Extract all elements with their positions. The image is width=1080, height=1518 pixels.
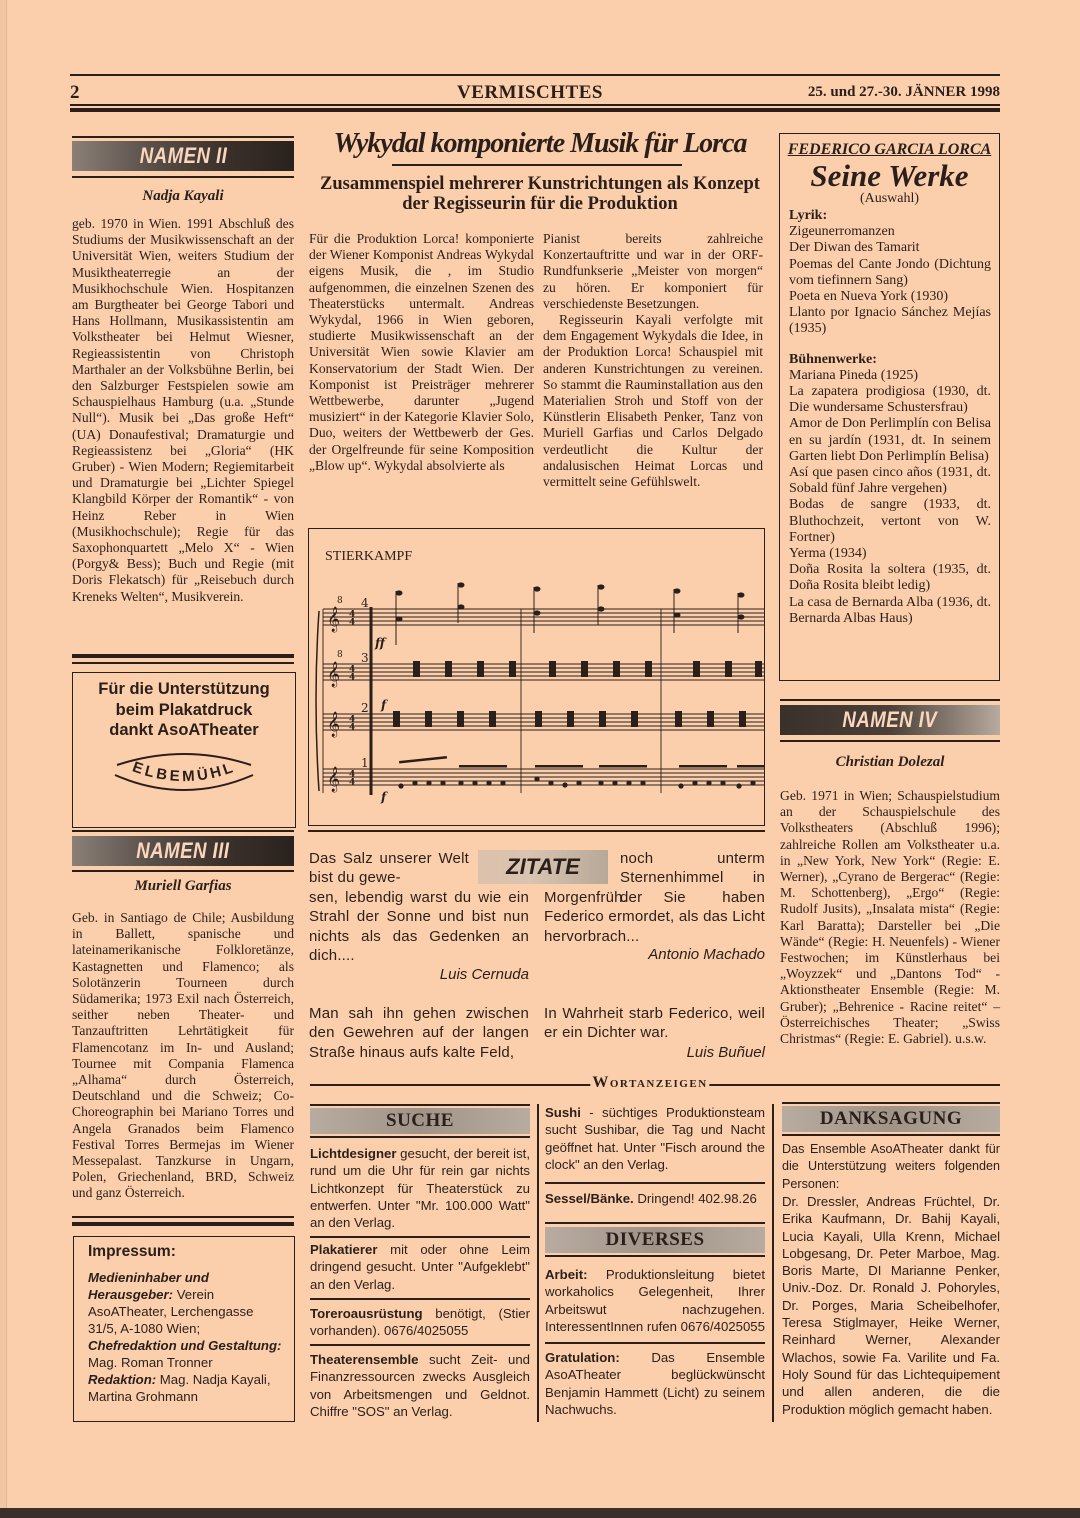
namen3-person-name: Muriell Garfias xyxy=(72,878,294,895)
lyrik-item: Poeta en Nueva York (1930) xyxy=(789,289,991,305)
music-score-notation-icon: 𝄞 𝄞 𝄞 𝄞 44 44 44 44 4 3 2 1 8 8 ff f f xyxy=(309,529,764,825)
svg-text:ELBEMÜHL: ELBEMÜHL xyxy=(130,758,237,785)
ad-plakatierer: Plakatierer mit oder ohne Leim dringend … xyxy=(310,1241,530,1293)
header-top-rule xyxy=(70,74,1000,76)
suche-banner: SUCHE xyxy=(310,1108,530,1134)
article-subheadline: Zusammenspiel mehrerer Kunstrichtungen a… xyxy=(310,174,770,214)
svg-text:4: 4 xyxy=(349,778,355,788)
namen4-banner-label: NAMEN IV xyxy=(843,707,938,733)
buehnenwerke-label: Bühnenwerke: xyxy=(789,352,991,368)
svg-text:1: 1 xyxy=(361,756,369,770)
quote-3: Man sah ihn gehen zwischen den Gewehren … xyxy=(309,1004,529,1062)
zitate-badge-label: ZITATE xyxy=(506,854,580,880)
impressum-rule-2 xyxy=(72,1222,294,1226)
header-rule-2 xyxy=(70,108,1000,112)
werke-list: Lyrik: Zigeunerromanzen Der Diwan des Ta… xyxy=(789,208,991,627)
ads-column-divider xyxy=(537,1104,539,1422)
ad-divider xyxy=(310,1344,530,1346)
namen2-banner-label: NAMEN II xyxy=(139,143,227,169)
svg-text:f: f xyxy=(380,790,388,804)
ad-arbeit: Arbeit: Produktionsleitung bietet workah… xyxy=(545,1266,765,1335)
quote-4-author: Luis Buñuel xyxy=(544,1044,765,1061)
namen3-rule-top xyxy=(72,830,294,832)
danksagung-banner: DANKSAGUNG xyxy=(782,1106,1000,1132)
impressum-label-editors: Redaktion: xyxy=(88,1372,156,1387)
namen3-rule-bottom xyxy=(72,870,294,872)
ad-sessel-baenke: Sessel/Bänke. Dringend! 402.98.26 xyxy=(545,1190,765,1207)
werke-heading: FEDERICO GARCIA LORCA xyxy=(780,142,999,158)
svg-text:𝄞: 𝄞 xyxy=(327,661,340,687)
sponsor-line-3: dankt AsoATheater xyxy=(73,720,295,741)
suche-banner-label: SUCHE xyxy=(386,1110,454,1132)
sponsor-box: Für die Unterstützung beim Plakatdruck d… xyxy=(72,672,296,828)
article-headline: Wykydal komponierte Musik für Lorca xyxy=(310,128,770,160)
impressum-rule-1 xyxy=(72,1216,294,1218)
article-column-1: Für die Produktion Lorca! komponierte de… xyxy=(309,231,534,474)
werke-title: Seine Werke xyxy=(780,160,999,192)
svg-text:4: 4 xyxy=(349,673,355,683)
buehnenwerke-item: La casa de Bernarda Alba (1936, dt. Bern… xyxy=(789,595,991,627)
werke-box: FEDERICO GARCIA LORCA Seine Werke (Auswa… xyxy=(779,133,1000,681)
wortanzeigen-title: Wortanzeigen xyxy=(590,1074,709,1092)
svg-text:3: 3 xyxy=(361,651,369,665)
ad-divider xyxy=(310,1236,530,1238)
svg-text:𝄞: 𝄞 xyxy=(327,711,340,737)
page-edge xyxy=(0,0,7,1518)
svg-text:ff: ff xyxy=(374,636,387,650)
danksagung-intro: Das Ensemble AsoATheater dankt für die U… xyxy=(782,1141,1000,1193)
impressum-chief-editor: Mag. Roman Tronner xyxy=(88,1355,213,1370)
svg-text:8: 8 xyxy=(337,650,343,660)
svg-text:8: 8 xyxy=(337,596,343,606)
svg-text:4: 4 xyxy=(349,723,355,733)
svg-text:2: 2 xyxy=(361,701,369,715)
article-column-2-paragraph-2: Regisseurin Kayali verfolgte mit dem Eng… xyxy=(543,312,763,490)
suche-rule-bottom xyxy=(310,1136,530,1138)
danksagung-column-divider xyxy=(772,1104,774,1422)
page-bottom-edge xyxy=(0,1508,1080,1518)
wortanzeigen-header: Wortanzeigen xyxy=(310,1074,1000,1094)
elbemuehl-logo-icon: ELBEMÜHL xyxy=(109,745,259,795)
danksagung-banner-label: DANKSAGUNG xyxy=(820,1108,962,1130)
namen4-banner: NAMEN IV xyxy=(780,705,1000,735)
quote-2-author: Antonio Machado xyxy=(544,946,765,963)
issue-date: 25. und 27.-30. JÄNNER 1998 xyxy=(770,84,1000,101)
article-headline-underline xyxy=(392,164,682,166)
header-rule-1 xyxy=(70,104,1000,106)
sponsor-rule-1 xyxy=(72,654,294,658)
ad-lichtdesigner: Lichtdesigner gesucht, der bereit ist, r… xyxy=(310,1145,530,1231)
sponsor-line-2: beim Plakatdruck xyxy=(73,700,295,721)
buehnenwerke-item: La zapatera prodigiosa (1930, dt. Die wu… xyxy=(789,384,991,416)
article-column-2-paragraph-1: Pianist bereits zahlreiche Konzertauftri… xyxy=(543,231,763,312)
namen2-banner: NAMEN II xyxy=(72,141,294,171)
svg-text:4: 4 xyxy=(349,618,355,628)
svg-text:4: 4 xyxy=(361,596,369,610)
quote-2-continued-b: Morgenfrüh. Sie haben Federico ermordet,… xyxy=(544,888,765,946)
buehnenwerke-item: Así que pasen cinco años (1931, dt. Soba… xyxy=(789,465,991,497)
namen3-bio: Geb. in Santiago de Chile; Ausbildung in… xyxy=(72,910,294,1202)
article-column-2: Pianist bereits zahlreiche Konzertauftri… xyxy=(543,231,763,490)
ad-gratulation: Gratulation: Das Ensemble AsoATheater be… xyxy=(545,1349,765,1418)
lyrik-item: Zigeunerromanzen xyxy=(789,224,991,240)
sponsor-rule-2 xyxy=(72,662,294,664)
werke-subtitle: (Auswahl) xyxy=(780,192,999,206)
page-number: 2 xyxy=(70,82,80,104)
svg-text:𝄞: 𝄞 xyxy=(327,606,340,632)
zitate-badge: ZITATE xyxy=(478,850,608,884)
ad-theaterensemble: Theaterensemble sucht Zeit- und Finanzre… xyxy=(310,1351,530,1420)
danksagung-names: Dr. Dressler, Andreas Früchtel, Dr. Erik… xyxy=(782,1193,1000,1418)
buehnenwerke-item: Yerma (1934) xyxy=(789,546,991,562)
lyrik-item: Poemas del Cante Jondo (Dichtung vom tie… xyxy=(789,257,991,289)
ad-divider xyxy=(310,1298,530,1300)
svg-text:f: f xyxy=(380,698,388,712)
diverses-rule-bottom xyxy=(545,1255,765,1257)
namen4-rule-bottom xyxy=(780,740,1000,742)
namen3-banner-label: NAMEN III xyxy=(136,838,229,864)
danksagung-rule-bottom xyxy=(782,1134,1000,1136)
quote-1-start: Das Salz unserer Welt bist du gewe- xyxy=(309,849,469,888)
ad-toreroausruestung: Toreroausrüstung benötigt, (Stier vorhan… xyxy=(310,1305,530,1340)
section-title: VERMISCHTES xyxy=(380,82,680,104)
ad-divider xyxy=(545,1182,765,1184)
namen2-bio: geb. 1970 in Wien. 1991 Abschluß des Stu… xyxy=(72,216,294,605)
lyrik-item: Der Diwan des Tamarit xyxy=(789,240,991,256)
score-bottom-rule xyxy=(308,830,765,832)
lyrik-item: Llanto por Ignacio Sánchez Mejías (1935) xyxy=(789,305,991,337)
danksagung-rule-top xyxy=(782,1102,1000,1104)
ad-divider xyxy=(545,1342,765,1344)
svg-text:𝄞: 𝄞 xyxy=(327,766,340,792)
buehnenwerke-item: Bodas de sangre (1933, dt. Bluthochzeit,… xyxy=(789,497,991,546)
impressum-box: Impressum: Medieninhaber und Herausgeber… xyxy=(73,1236,295,1422)
namen2-rule-bottom xyxy=(72,176,294,178)
sponsor-line-1: Für die Unterstützung xyxy=(73,679,295,700)
namen4-rule-top xyxy=(780,699,1000,701)
buehnenwerke-item: Amor de Don Perlimplín con Belisa en su … xyxy=(789,416,991,465)
diverses-banner-label: DIVERSES xyxy=(605,1229,704,1251)
diverses-rule-top xyxy=(545,1222,765,1224)
buehnenwerke-item: Mariana Pineda (1925) xyxy=(789,368,991,384)
namen4-bio: Geb. 1971 in Wien; Schauspielstudium an … xyxy=(780,788,1000,1047)
diverses-banner: DIVERSES xyxy=(545,1227,765,1253)
music-score-box: STIERKAMPF 𝄞 𝄞 𝄞 𝄞 44 44 44 44 4 3 xyxy=(308,528,765,826)
impressum-body: Medieninhaber und Herausgeber: Verein As… xyxy=(88,1269,286,1405)
namen4-person-name: Christian Dolezal xyxy=(780,754,1000,771)
namen2-rule-top xyxy=(72,136,294,138)
quote-1-continued: sen, lebendig warst du wie ein Strahl de… xyxy=(309,888,529,966)
impressum-title: Impressum: xyxy=(88,1243,294,1261)
quote-4: In Wahrheit starb Federico, weil er ein … xyxy=(544,1004,765,1043)
quote-1-author: Luis Cernuda xyxy=(309,966,529,983)
namen3-banner: NAMEN III xyxy=(72,836,294,866)
buehnenwerke-item: Doña Rosita la soltera (1935, dt. Doña R… xyxy=(789,562,991,594)
suche-rule-top xyxy=(310,1104,530,1106)
namen2-person-name: Nadja Kayali xyxy=(72,188,294,205)
lyrik-label: Lyrik: xyxy=(789,208,991,224)
impressum-label-chief-editor: Chefredaktion und Gestaltung: xyxy=(88,1338,281,1353)
ad-sushi: Sushi - süchtiges Produktionsteam sucht … xyxy=(545,1104,765,1173)
